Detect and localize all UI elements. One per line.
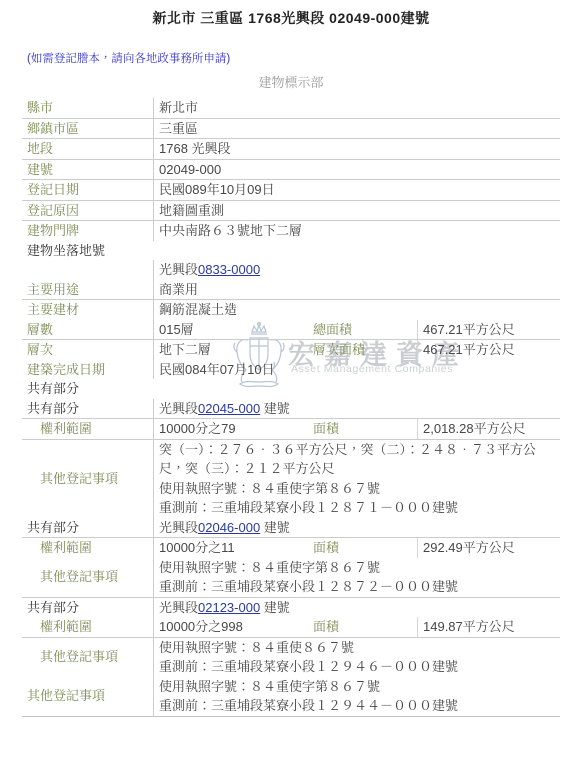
row-label: 主要建材 <box>22 300 153 320</box>
row-value: 民國084年07月10日 <box>153 360 560 380</box>
table-row-completion-date: 建築完成日期 民國084年07月10日 <box>22 360 560 380</box>
row-value-2: 149.87平方公尺 <box>417 617 560 637</box>
row-value: 10000分之79 <box>153 419 313 439</box>
row-value: 光興段02045-000 建號 <box>153 399 560 419</box>
common-area-building-link[interactable]: 02045-000 <box>198 401 260 416</box>
table-row-other-items-02123: 其他登記事項 使用執照字號：８４重使８６７號 重測前：三重埔段菜寮小段１２９４６… <box>22 638 560 677</box>
row-label: 地段 <box>22 139 153 159</box>
table-row-land-lot-value: 光興段0833-0000 <box>22 260 560 280</box>
row-label: 主要用途 <box>22 280 153 300</box>
row-value: 鋼筋混凝土造 <box>153 300 560 320</box>
page-title: 新北市 三重區 1768光興段 02049-000建號 <box>0 0 582 28</box>
building-registration-document: 新北市 三重區 1768光興段 02049-000建號 (如需登記謄本，請向各地… <box>0 0 582 784</box>
common-area-building-link[interactable]: 02123-000 <box>198 600 260 615</box>
table-row-common-area-header: 共有部分 <box>22 379 560 399</box>
row-label: 權利範圍 <box>22 419 153 439</box>
row-label: 建物門牌 <box>22 221 153 241</box>
common-area-prefix: 光興段 <box>159 401 198 416</box>
other-item-line: 重測前：三重埔段菜寮小段１２９４６－０００建號 <box>159 657 560 677</box>
row-value-2: 467.21平方公尺 <box>417 340 560 360</box>
table-row-level-level-area: 層次 地下二層 層次面積 467.21平方公尺 <box>22 340 560 360</box>
row-value: 民國089年10月09日 <box>153 180 560 200</box>
row-value: 02049-000 <box>153 160 560 180</box>
table-row-district: 鄉鎮市區 三重區 <box>22 119 560 140</box>
row-label: 其他登記事項 <box>22 558 153 597</box>
row-value: 使用執照字號：８４重使字第８６７號 重測前：三重埔段菜寮小段１２８７２－０００建… <box>153 558 560 597</box>
other-item-line: 使用執照字號：８４重使８６７號 <box>159 638 560 658</box>
table-row-main-material: 主要建材 鋼筋混凝土造 <box>22 300 560 320</box>
registry-note: (如需登記謄本，請向各地政事務所申請) <box>27 50 582 66</box>
table-row-main-use: 主要用途 商業用 <box>22 280 560 301</box>
table-row-common-area-02123: 共有部分 光興段02123-000 建號 <box>22 598 560 618</box>
other-item-line: 重測前：三重埔段菜寮小段１２８７２－０００建號 <box>159 577 560 597</box>
table-row-land-lot-header: 建物坐落地號 <box>22 241 560 261</box>
table-row-land-section: 地段 1768 光興段 <box>22 139 560 160</box>
row-label-2: 面積 <box>313 538 417 558</box>
row-value: 地籍圖重測 <box>153 201 560 221</box>
row-label: 共有部分 <box>22 518 153 538</box>
row-label-2: 面積 <box>313 617 417 637</box>
row-label: 其他登記事項 <box>22 638 153 677</box>
row-value: 三重區 <box>153 119 560 139</box>
row-label: 登記原因 <box>22 201 153 221</box>
row-label-2: 總面積 <box>313 320 417 340</box>
row-label: 縣市 <box>22 98 153 118</box>
row-value: 地下二層 <box>153 340 313 360</box>
row-label-2: 面積 <box>313 419 417 439</box>
common-area-suffix: 建號 <box>260 401 290 416</box>
common-area-prefix: 光興段 <box>159 520 198 535</box>
row-value: 突（一）：２７６．３６平方公尺，突（二）：２４８．７３平方公尺，突（三）：２１２… <box>153 440 560 518</box>
row-value-2: 292.49平方公尺 <box>417 538 560 558</box>
row-value: 10000分之998 <box>153 617 313 637</box>
table-row-other-items-main: 其他登記事項 使用執照字號：８４重使字第８６７號 重測前：三重埔段菜寮小段１２９… <box>22 677 560 717</box>
row-label: 權利範圍 <box>22 538 153 558</box>
common-area-suffix: 建號 <box>260 520 290 535</box>
building-description-table: 縣市 新北市 鄉鎮市區 三重區 地段 1768 光興段 建號 02049-000… <box>22 98 560 717</box>
table-row-building-number: 建號 02049-000 <box>22 160 560 181</box>
row-label: 建號 <box>22 160 153 180</box>
section-title: 建物標示部 <box>0 72 582 91</box>
row-value: 光興段02123-000 建號 <box>153 598 560 618</box>
land-lot-link[interactable]: 0833-0000 <box>198 262 260 277</box>
table-row-registration-date: 登記日期 民國089年10月09日 <box>22 180 560 201</box>
common-area-building-link[interactable]: 02046-000 <box>198 520 260 535</box>
other-item-line: 使用執照字號：８４重使字第８６７號 <box>159 558 560 578</box>
row-label: 建物坐落地號 <box>22 241 153 261</box>
row-value: 1768 光興段 <box>153 139 560 159</box>
row-label: 共有部分 <box>22 598 153 618</box>
table-row-registration-reason: 登記原因 地籍圖重測 <box>22 201 560 222</box>
row-label-2: 層次面積 <box>313 340 417 360</box>
row-label: 其他登記事項 <box>22 677 153 716</box>
row-label-empty <box>22 260 153 280</box>
row-label: 登記日期 <box>22 180 153 200</box>
row-label: 共有部分 <box>22 379 153 399</box>
row-label: 權利範圍 <box>22 617 153 637</box>
table-row-building-address: 建物門牌 中央南路６３號地下二層 <box>22 221 560 241</box>
row-value: 光興段02046-000 建號 <box>153 518 560 538</box>
row-value: 商業用 <box>153 280 560 300</box>
row-label: 其他登記事項 <box>22 440 153 518</box>
row-label: 共有部分 <box>22 399 153 419</box>
table-row-other-items-02046: 其他登記事項 使用執照字號：８４重使字第８６７號 重測前：三重埔段菜寮小段１２８… <box>22 558 560 598</box>
table-row-common-area-02046: 共有部分 光興段02046-000 建號 <box>22 518 560 539</box>
other-item-line: 重測前：三重埔段菜寮小段１２８７１－０００建號 <box>159 498 560 518</box>
land-lot-prefix: 光興段 <box>159 262 198 277</box>
common-area-prefix: 光興段 <box>159 600 198 615</box>
table-row-floors-total-area: 層數 015層 總面積 467.21平方公尺 <box>22 320 560 341</box>
other-item-line: 重測前：三重埔段菜寮小段１２９４４－０００建號 <box>159 696 560 716</box>
row-value: 使用執照字號：８４重使字第８６７號 重測前：三重埔段菜寮小段１２９４４－０００建… <box>153 677 560 716</box>
table-row-rights-scope-02123: 權利範圍 10000分之998 面積 149.87平方公尺 <box>22 617 560 638</box>
table-row-common-area-02045: 共有部分 光興段02045-000 建號 <box>22 399 560 420</box>
row-label: 建築完成日期 <box>22 360 153 380</box>
row-value: 015層 <box>153 320 313 340</box>
row-value: 使用執照字號：８４重使８６７號 重測前：三重埔段菜寮小段１２９４６－０００建號 <box>153 638 560 677</box>
table-row-other-items-02045: 其他登記事項 突（一）：２７６．３６平方公尺，突（二）：２４８．７３平方公尺，突… <box>22 440 560 518</box>
common-area-suffix: 建號 <box>260 600 290 615</box>
row-value: 新北市 <box>153 98 560 118</box>
row-label: 層次 <box>22 340 153 360</box>
row-label: 層數 <box>22 320 153 340</box>
row-value: 中央南路６３號地下二層 <box>153 221 560 241</box>
row-value-2: 2,018.28平方公尺 <box>417 419 560 439</box>
other-item-line: 突（一）：２７６．３６平方公尺，突（二）：２４８．７３平方公尺，突（三）：２１２… <box>159 440 560 479</box>
table-row-rights-scope-02045: 權利範圍 10000分之79 面積 2,018.28平方公尺 <box>22 419 560 440</box>
row-label: 鄉鎮市區 <box>22 119 153 139</box>
row-value: 光興段0833-0000 <box>153 260 560 280</box>
other-item-line: 使用執照字號：８４重使字第８６７號 <box>159 677 560 697</box>
row-value-2: 467.21平方公尺 <box>417 320 560 340</box>
table-row-rights-scope-02046: 權利範圍 10000分之11 面積 292.49平方公尺 <box>22 538 560 558</box>
row-value: 10000分之11 <box>153 538 313 558</box>
table-row-county: 縣市 新北市 <box>22 98 560 119</box>
other-item-line: 使用執照字號：８４重使字第８６７號 <box>159 479 560 499</box>
